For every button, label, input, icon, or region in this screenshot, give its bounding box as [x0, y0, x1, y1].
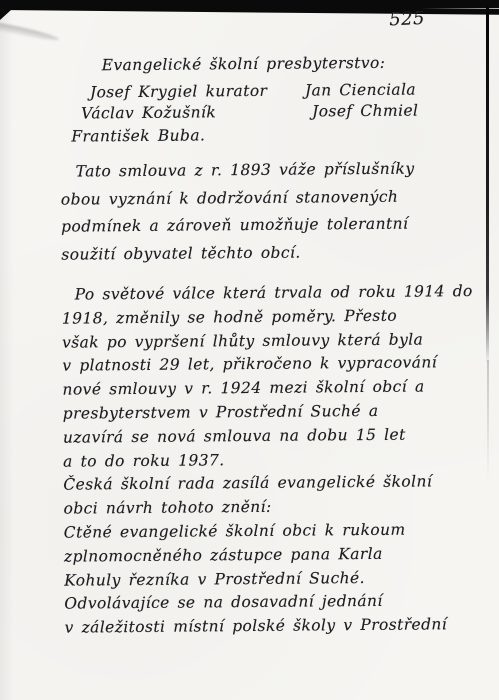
handwritten-line: nové smlouvy v r. 1924 mezi školní obcí … — [62, 377, 473, 404]
handwritten-line: zplnomocněného zástupce pana Karla — [64, 544, 475, 571]
heading-line: Evangelické školní presbyterstvo: — [102, 54, 386, 74]
committee-name: František Buba. — [71, 126, 205, 145]
page-number: 525 — [389, 8, 425, 31]
page-content: 525 Evangelické školní presbyterstvo: Jo… — [0, 0, 499, 700]
handwritten-line: však po vypršení lhůty smlouvy která byl… — [62, 330, 473, 357]
handwritten-line: Česká školní rada zasílá evangelické ško… — [63, 472, 474, 499]
handwritten-line: obci návrh tohoto znění: — [63, 496, 474, 523]
handwritten-line: Tato smlouva z r. 1893 váže příslušníky — [61, 160, 415, 191]
paragraph-new-contract-1924: Po světové válce která trvala od roku 19… — [62, 282, 476, 643]
committee-name: Josef Chmiel — [312, 102, 418, 121]
scanned-page: 525 Evangelické školní presbyterstvo: Jo… — [0, 0, 499, 700]
handwritten-line: Po světové válce která trvala od roku 19… — [62, 282, 473, 309]
handwritten-line: presbyterstvem v Prostřední Suché a — [63, 401, 474, 428]
handwritten-line: obou vyznání k dodržování stanovených — [61, 187, 415, 218]
paragraph-contract-1893: Tato smlouva z r. 1893 váže příslušníky … — [61, 160, 416, 273]
handwritten-line: Kohuly řezníka v Prostřední Suché. — [64, 568, 475, 595]
handwritten-line: Ctěné evangelické školní obci k rukoum — [64, 520, 475, 547]
committee-name: Jan Cienciala — [305, 81, 416, 100]
handwritten-line: soužití obyvatel těchto obcí. — [61, 242, 415, 273]
handwritten-line: uzavírá se nová smlouva na dobu 15 let — [63, 425, 474, 452]
handwritten-line: 1918, změnily se hodně poměry. Přesto — [62, 306, 473, 333]
handwritten-line: Odvolávajíce se na dosavadní jednání — [64, 591, 475, 618]
handwritten-line: v platnosti 29 let, přikročeno k vypraco… — [62, 353, 473, 380]
committee-name: Josef Krygiel kurator — [90, 82, 268, 102]
handwritten-line: v záležitosti místní polské školy v Pros… — [65, 615, 476, 642]
handwritten-line: podmínek a zároveň umožňuje tolerantní — [61, 215, 415, 246]
committee-name: Václav Kožušník — [81, 103, 216, 122]
